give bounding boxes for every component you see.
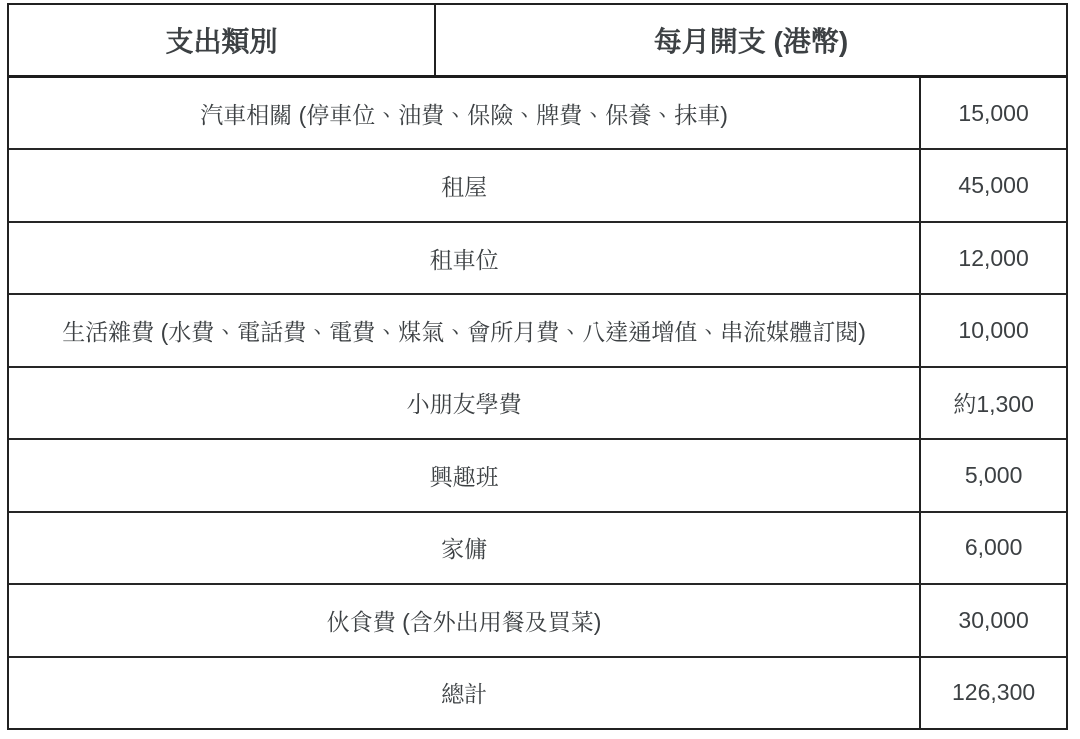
expense-table-page: 支出類別 每月開支 (港幣) 汽車相關 (停車位、油費、保險、牌費、保養、抹車)… [0,0,1080,739]
category-cell-total: 總計 [9,658,921,728]
header-cell-category: 支出類別 [9,5,436,75]
table-row: 租屋 45,000 [9,150,1066,222]
header-cell-amount: 每月開支 (港幣) [436,5,1066,75]
table-row: 汽車相關 (停車位、油費、保險、牌費、保養、抹車) 15,000 [9,78,1066,150]
amount-cell: 45,000 [921,150,1066,220]
table-row: 小朋友學費 約1,300 [9,368,1066,440]
monthly-expense-table: 支出類別 每月開支 (港幣) 汽車相關 (停車位、油費、保險、牌費、保養、抹車)… [7,3,1068,730]
table-row: 家傭 6,000 [9,513,1066,585]
category-cell: 家傭 [9,513,921,583]
category-cell: 租車位 [9,223,921,293]
amount-cell: 30,000 [921,585,1066,655]
category-cell: 興趣班 [9,440,921,510]
category-cell: 伙食費 (含外出用餐及買菜) [9,585,921,655]
table-header-row: 支出類別 每月開支 (港幣) [9,5,1066,78]
table-row-total: 總計 126,300 [9,658,1066,728]
category-cell: 汽車相關 (停車位、油費、保險、牌費、保養、抹車) [9,78,921,148]
amount-cell: 約1,300 [921,368,1066,438]
amount-cell: 5,000 [921,440,1066,510]
category-cell: 小朋友學費 [9,368,921,438]
amount-cell: 6,000 [921,513,1066,583]
table-row: 興趣班 5,000 [9,440,1066,512]
category-cell: 租屋 [9,150,921,220]
table-row: 生活雜費 (水費、電話費、電費、煤氣、會所月費、八達通增值、串流媒體訂閱) 10… [9,295,1066,367]
amount-cell: 15,000 [921,78,1066,148]
amount-cell: 10,000 [921,295,1066,365]
table-row: 伙食費 (含外出用餐及買菜) 30,000 [9,585,1066,657]
amount-cell: 12,000 [921,223,1066,293]
table-row: 租車位 12,000 [9,223,1066,295]
category-cell: 生活雜費 (水費、電話費、電費、煤氣、會所月費、八達通增值、串流媒體訂閱) [9,295,921,365]
amount-cell-total: 126,300 [921,658,1066,728]
